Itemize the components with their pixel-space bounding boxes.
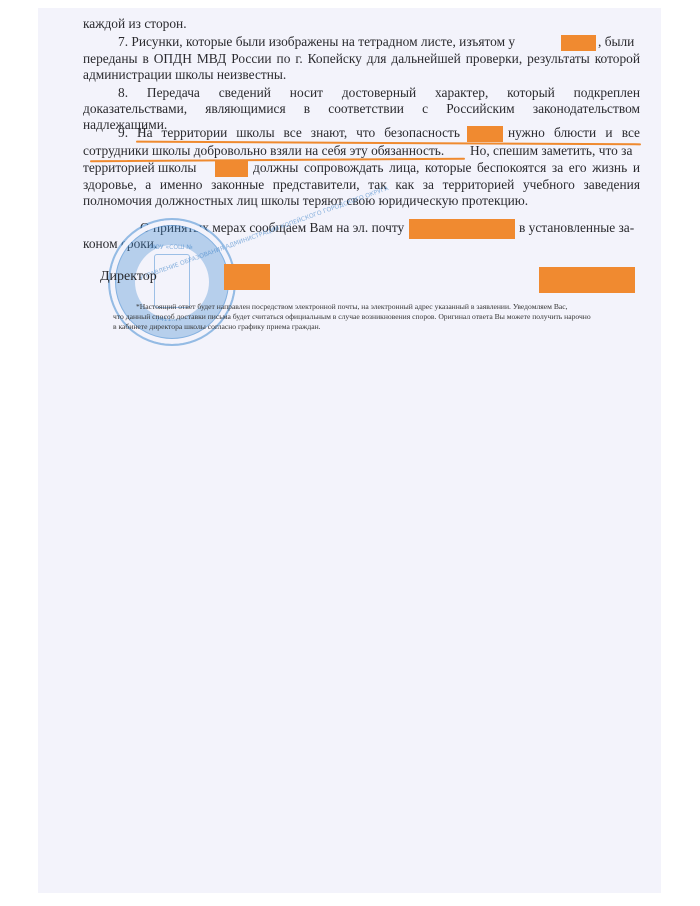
- redaction-box-director-name: [224, 264, 270, 290]
- footnote-line-3: в кабинете директора школы согласно граф…: [113, 322, 321, 332]
- redaction-box-name-item-9-second: [215, 161, 248, 177]
- paragraph-9-line-1-end: нужно блюсти и все: [508, 125, 640, 141]
- paragraph-7-line-1: 7. Рисунки, которые были изображены на т…: [118, 34, 515, 50]
- stamp-inner-text: МОУ «СОШ №: [150, 244, 193, 251]
- paragraph-6-tail: каждой из сторон.: [83, 16, 187, 32]
- paragraph-9-line-4: здоровье, а именно законные представител…: [83, 177, 640, 193]
- paragraph-9-line-3-start: территорией школы: [83, 160, 196, 176]
- paragraph-9-line-1: 9. На территории школы все знают, что бе…: [118, 125, 460, 141]
- paragraph-9-line-3-end: должны сопровождать лица, которые беспок…: [253, 160, 640, 176]
- paragraph-8-line-2: доказательствами, являющимися в соответс…: [83, 101, 640, 117]
- footnote-line-1: *Настоящий ответ будет направлен посредс…: [136, 302, 568, 312]
- notice-line-1-end: в установленные за-: [519, 220, 634, 236]
- footnote-line-2: что данный способ доставки письма будет …: [113, 312, 591, 322]
- paragraph-9-line-5: полномочия должностных лиц школы теряют …: [83, 193, 528, 209]
- paragraph-9-line-2-underlined: сотрудники школы добровольно взяли на се…: [83, 143, 444, 159]
- scanned-document-page: каждой из сторон. 7. Рисунки, которые бы…: [38, 8, 661, 893]
- paragraph-7-line-3: администрации школы неизвестны.: [83, 67, 286, 83]
- paragraph-9-line-2-end: Но, спешим заметить, что за: [470, 143, 632, 159]
- redaction-box-email: [409, 219, 515, 239]
- paragraph-8-line-1: 8. Передача сведений носит достоверный х…: [118, 85, 640, 101]
- redaction-box-name-item-7: [561, 35, 596, 51]
- paragraph-7-line-1-end: , были: [598, 34, 634, 50]
- redaction-box-director-signature: [539, 267, 635, 293]
- redaction-box-name-item-9-first: [467, 126, 503, 142]
- signature-title: Директор: [100, 269, 157, 285]
- paragraph-7-line-2: переданы в ОПДН МВД России по г. Копейск…: [83, 51, 640, 67]
